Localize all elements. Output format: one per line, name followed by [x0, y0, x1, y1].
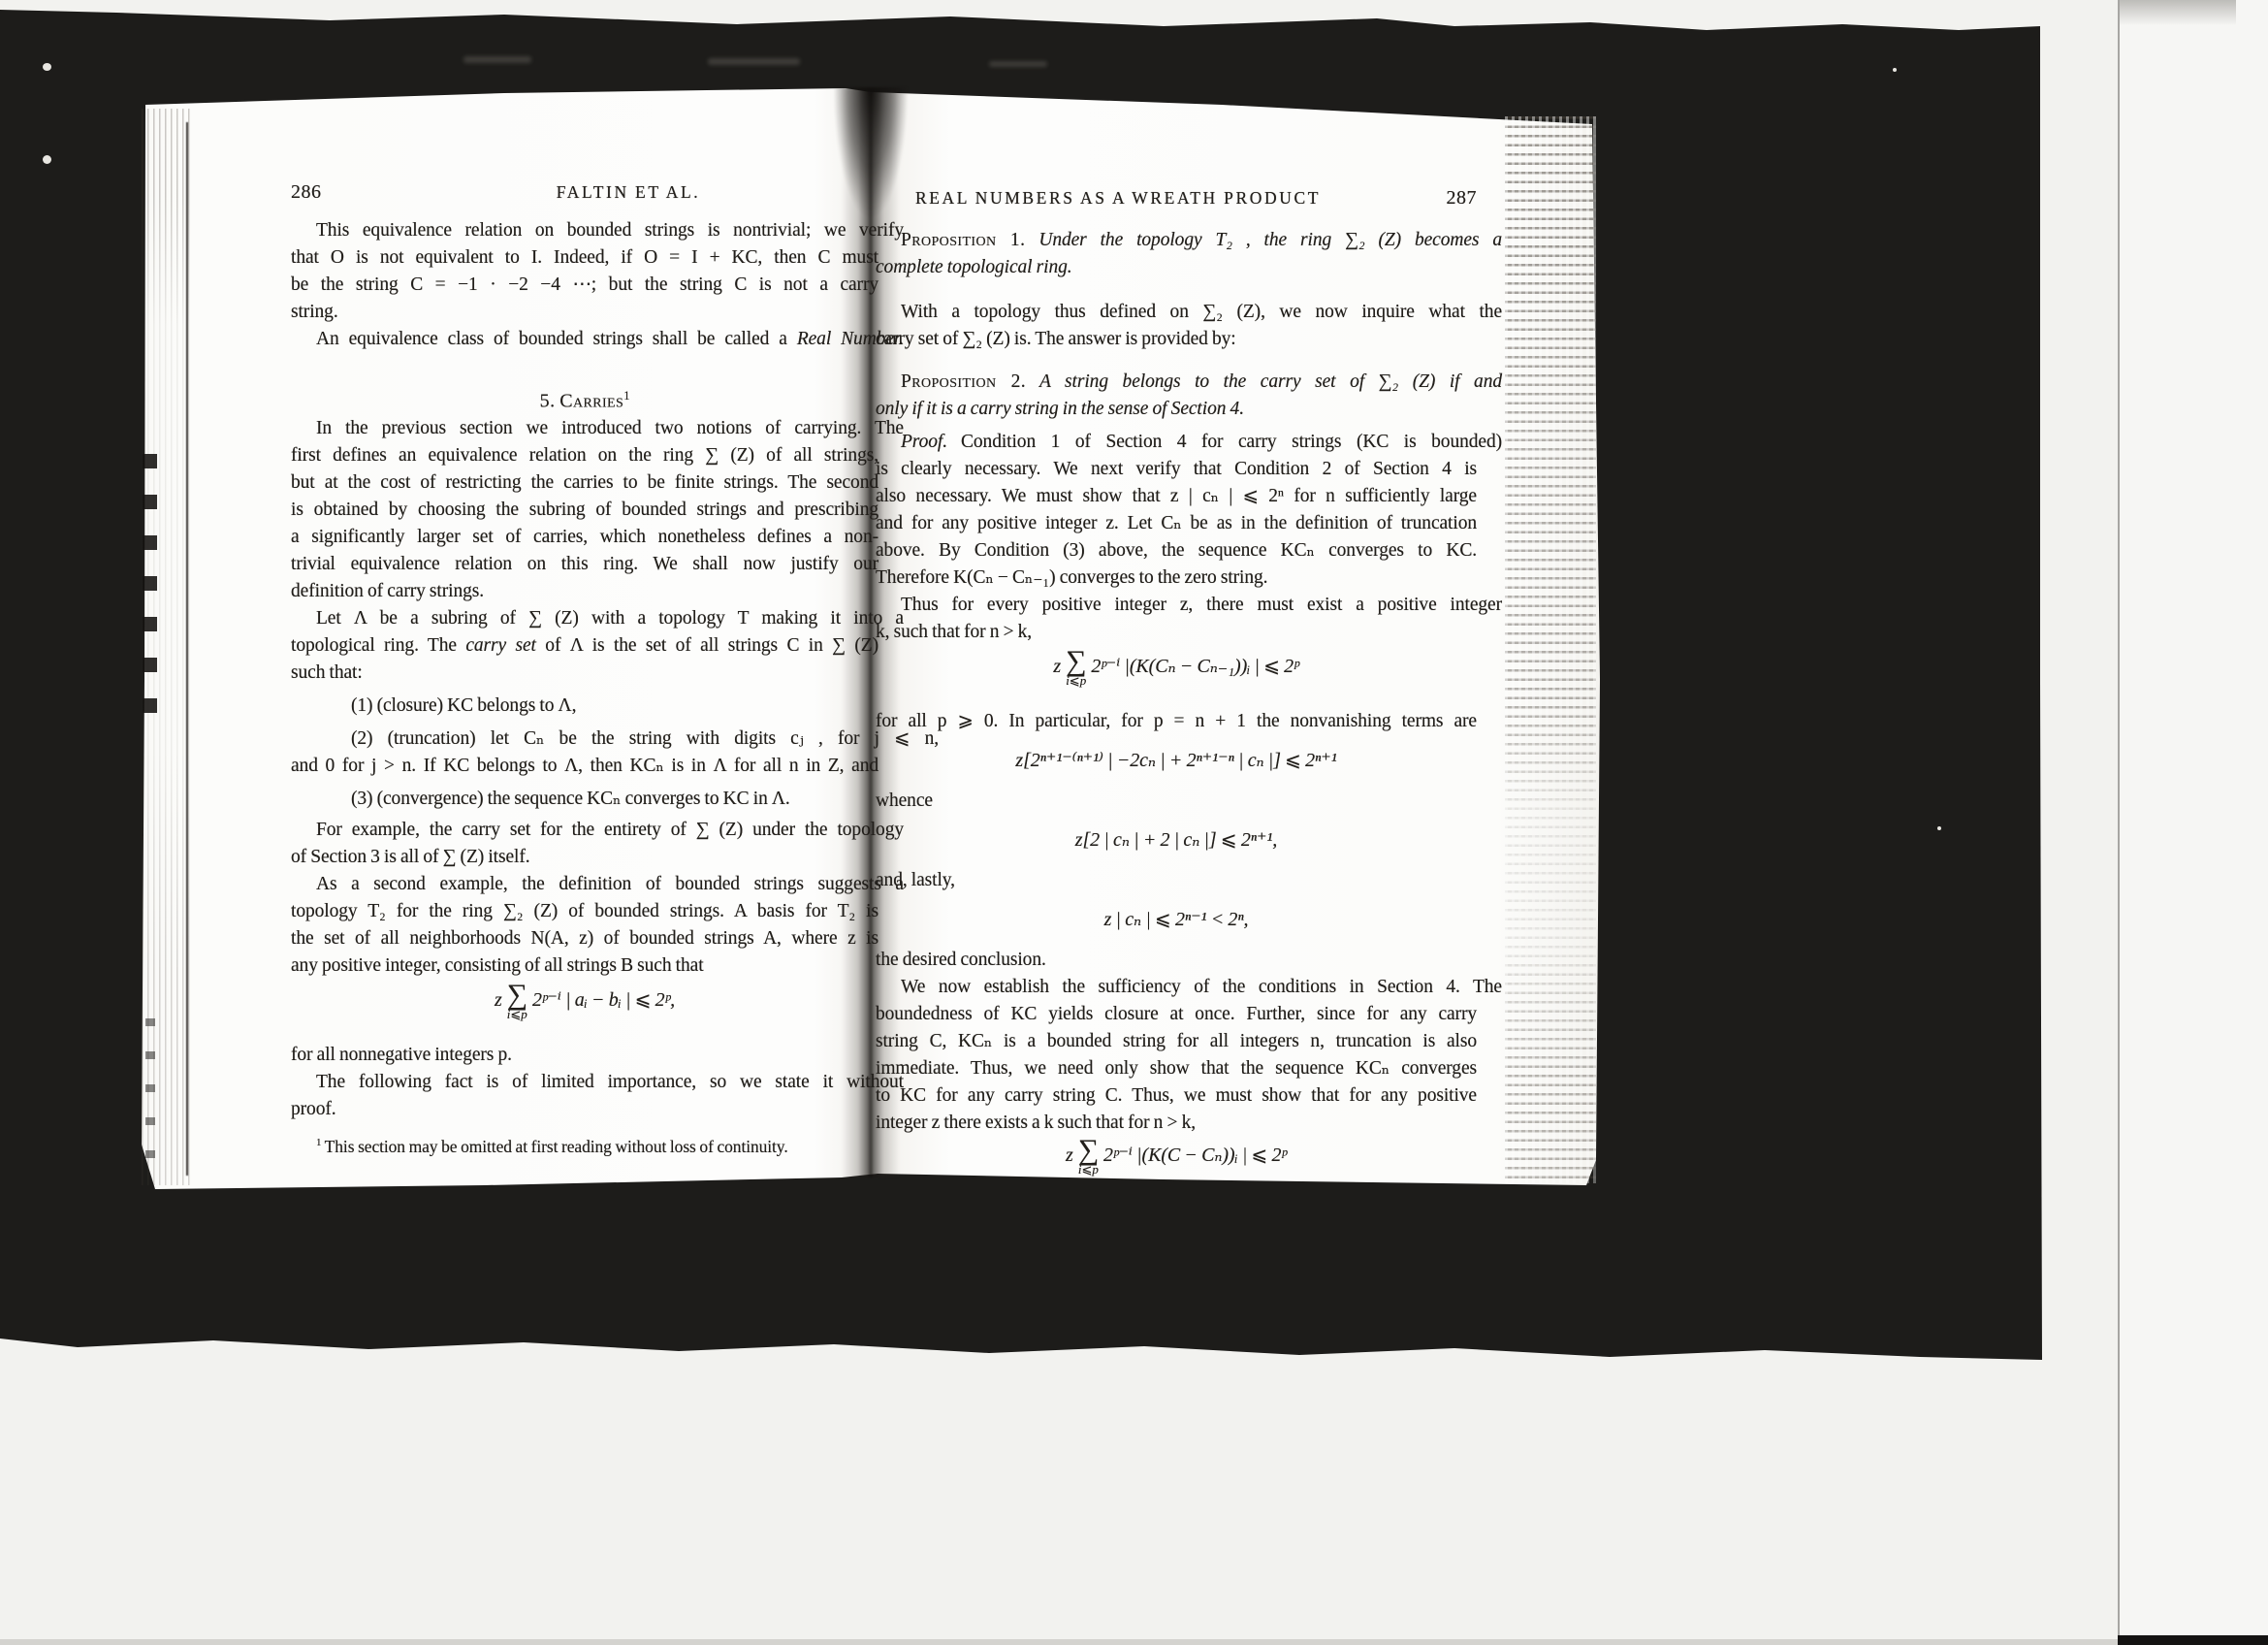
sigma-symbol: ∑	[1078, 1137, 1099, 1164]
right-page: REAL NUMBERS AS A WREATH PRODUCT 287 Pro…	[876, 0, 1477, 1358]
text-line: carry set of ∑₂ (Z) is. The answer is pr…	[876, 326, 1477, 353]
page-edge-ticks-left-lower	[145, 1018, 155, 1174]
scanner-bottom-noise	[0, 1639, 2118, 1645]
proposition-line: Proposition 1.Under the topology T₂ , th…	[876, 227, 1502, 254]
left-page-header: 286 FALTIN ET AL.	[291, 178, 878, 206]
carry-set-term: carry set	[465, 635, 536, 656]
text-line: trivial equivalence relation on this rin…	[291, 551, 878, 578]
proposition-line: complete topological ring.	[876, 254, 1477, 281]
text-line: k, such that for n > k,	[876, 619, 1477, 646]
text-line: a significantly larger set of carries, w…	[291, 524, 878, 551]
running-head-right: REAL NUMBERS AS A WREATH PRODUCT	[876, 184, 1477, 211]
formula-body: 2ᵖ⁻ⁱ | aᵢ − bᵢ | ⩽ 2ᵖ,	[532, 982, 675, 1014]
display-formula: z[2 | cₙ | + 2 | cₙ |] ⩽ 2ⁿ⁺¹,	[876, 826, 1477, 854]
proposition-statement: Under the topology T₂ , the ring ∑₂ (Z) …	[1038, 230, 1502, 250]
page-edge-ticks-left	[143, 454, 157, 737]
section-heading: 5. Carries1	[291, 382, 878, 415]
text-segment: An equivalence class of bounded strings …	[316, 329, 797, 349]
text-line: the desired conclusion.	[876, 947, 1477, 974]
page-number-right: 287	[1447, 184, 1478, 211]
text-segment: Condition 1 of Section 4 for carry strin…	[961, 432, 1502, 452]
text-line: above. By Condition (3) above, the seque…	[876, 537, 1477, 564]
list-item-continuation: and 0 for j > n. If KC belongs to Λ, the…	[291, 753, 878, 780]
text-line: Let Λ be a subring of ∑ (Z) with a topol…	[291, 605, 904, 632]
scanner-right-margin	[2120, 0, 2268, 1645]
text-line: string.	[291, 299, 878, 326]
list-item: (1) (closure) KC belongs to Λ,	[291, 693, 939, 720]
text-line: We now establish the sufficiency of the …	[876, 974, 1502, 1001]
proposition-line: Proposition 2.A string belongs to the ca…	[876, 369, 1502, 396]
text-line: is clearly necessary. We next verify tha…	[876, 456, 1477, 483]
text-line: In the previous section we introduced tw…	[291, 415, 904, 442]
text-line: also necessary. We must show that z | cₙ…	[876, 483, 1477, 510]
text-line: With a topology thus defined on ∑₂ (Z), …	[876, 299, 1502, 326]
sigma-symbol: ∑	[507, 982, 527, 1009]
summation: ∑i⩽p	[1078, 1137, 1099, 1176]
formula-coefficient: z	[1053, 648, 1061, 680]
scanned-paper-page: { "colors":{"copy_black":"#1d1c1a","pape…	[0, 0, 2268, 1645]
display-formula: z[2ⁿ⁺¹⁻⁽ⁿ⁺¹⁾ | −2cₙ | + 2ⁿ⁺¹⁻ⁿ | cₙ |] ⩽…	[876, 747, 1477, 774]
text-line: but at the cost of restricting the carri…	[291, 469, 878, 497]
text-line: For example, the carry set for the entir…	[291, 817, 904, 844]
proof-line: Proof.Condition 1 of Section 4 for carry…	[876, 429, 1502, 456]
page-edge-fringe-right	[1505, 116, 1596, 1183]
text-line: boundedness of KC yields closure at once…	[876, 1001, 1477, 1028]
text-line: first defines an equivalence relation on…	[291, 442, 878, 469]
dust-speck	[43, 155, 51, 164]
right-page-header: REAL NUMBERS AS A WREATH PRODUCT 287	[876, 184, 1477, 211]
text-line: and, lastly,	[876, 867, 1477, 894]
dust-speck	[1937, 826, 1941, 830]
proposition-line: only if it is a carry string in the sens…	[876, 396, 1477, 423]
text-line: for all p ⩾ 0. In particular, for p = n …	[876, 708, 1477, 735]
text-line: An equivalence class of bounded strings …	[291, 326, 904, 353]
summation: ∑i⩽p	[1066, 648, 1086, 687]
text-line: the set of all neighborhoods N(A, z) of …	[291, 925, 878, 952]
page-number-left: 286	[291, 178, 322, 206]
text-segment: of Λ is the set of all strings C in ∑ (Z…	[536, 635, 878, 656]
text-line: Thus for every positive integer z, there…	[876, 592, 1502, 619]
summation: ∑i⩽p	[507, 982, 527, 1020]
text-line: As a second example, the definition of b…	[291, 871, 904, 898]
text-line: topological ring. The carry set of Λ is …	[291, 632, 878, 660]
text-line: to KC for any carry string C. Thus, we m…	[876, 1082, 1477, 1110]
footnote: 1 This section may be omitted at first r…	[291, 1129, 904, 1160]
dust-speck	[1893, 68, 1897, 72]
text-line: of Section 3 is all of ∑ (Z) itself.	[291, 844, 878, 871]
footnote-marker: 1	[623, 389, 629, 403]
left-page: 286 FALTIN ET AL. This equivalence relat…	[291, 0, 878, 1358]
text-line: topology T₂ for the ring ∑₂ (Z) of bound…	[291, 898, 878, 925]
proposition-statement: A string belongs to the carry set of ∑₂ …	[1039, 371, 1502, 392]
text-line: that O is not equivalent to I. Indeed, i…	[291, 244, 878, 272]
display-formula: z ∑i⩽p 2ᵖ⁻ⁱ |(K(Cₙ − Cₙ₋₁))ᵢ | ⩽ 2ᵖ	[876, 648, 1477, 687]
text-line: string C, KCₙ is a bounded string for al…	[876, 1028, 1477, 1055]
formula-coefficient: z	[495, 982, 502, 1014]
display-formula: z ∑i⩽p 2ᵖ⁻ⁱ |(K(C − Cₙ))ᵢ | ⩽ 2ᵖ	[876, 1137, 1477, 1176]
text-line: and for any positive integer z. Let Cₙ b…	[876, 510, 1477, 537]
paper-edge-line	[2118, 0, 2120, 1645]
formula-coefficient: z	[1066, 1137, 1073, 1169]
text-line: immediate. Thus, we need only show that …	[876, 1055, 1477, 1082]
text-line: whence	[876, 788, 1477, 815]
page-edge-line-left	[186, 122, 188, 1176]
paper-corner-shadow	[2120, 0, 2236, 25]
text-line: integer z there exists a k such that for…	[876, 1110, 1477, 1137]
summation-limit: i⩽p	[1078, 1164, 1099, 1176]
list-item: (2) (truncation) let Cₙ be the string wi…	[291, 726, 939, 753]
proposition-label: Proposition 1.	[901, 230, 1025, 250]
text-line: is obtained by choosing the subring of b…	[291, 497, 878, 524]
sigma-symbol: ∑	[1066, 648, 1086, 675]
text-line: such that:	[291, 660, 878, 687]
display-formula: z | cₙ | ⩽ 2ⁿ⁻¹ < 2ⁿ,	[876, 906, 1477, 933]
list-item: (3) (convergence) the sequence KCₙ conve…	[291, 786, 939, 813]
proof-label: Proof.	[901, 432, 947, 452]
proposition-label: Proposition 2.	[901, 371, 1026, 392]
text-line: Therefore K(Cₙ − Cₙ₋₁) converges to the …	[876, 564, 1477, 592]
text-line: This equivalence relation on bounded str…	[291, 217, 904, 244]
scanner-bottom-strip	[2118, 1635, 2268, 1645]
text-line: proof.	[291, 1096, 878, 1123]
text-segment: topological ring. The	[291, 635, 465, 656]
summation-limit: i⩽p	[507, 1009, 527, 1020]
text-line: for all nonnegative integers p.	[291, 1042, 878, 1069]
footnote-text: This section may be omitted at first rea…	[321, 1137, 787, 1156]
running-head-left: FALTIN ET AL.	[291, 178, 878, 206]
formula-body: 2ᵖ⁻ⁱ |(K(Cₙ − Cₙ₋₁))ᵢ | ⩽ 2ᵖ	[1091, 648, 1298, 680]
display-formula: z ∑i⩽p 2ᵖ⁻ⁱ | aᵢ − bᵢ | ⩽ 2ᵖ,	[291, 982, 878, 1020]
text-line: The following fact is of limited importa…	[291, 1069, 904, 1096]
section-heading-text: 5. Carries	[540, 391, 624, 412]
dust-speck	[43, 63, 51, 71]
formula-body: 2ᵖ⁻ⁱ |(K(C − Cₙ))ᵢ | ⩽ 2ᵖ	[1103, 1137, 1287, 1169]
text-line: any positive integer, consisting of all …	[291, 952, 878, 980]
text-line: be the string C = −1 · −2 −4 ⋯; but the …	[291, 272, 878, 299]
summation-limit: i⩽p	[1066, 675, 1086, 687]
text-line: definition of carry strings.	[291, 578, 878, 605]
